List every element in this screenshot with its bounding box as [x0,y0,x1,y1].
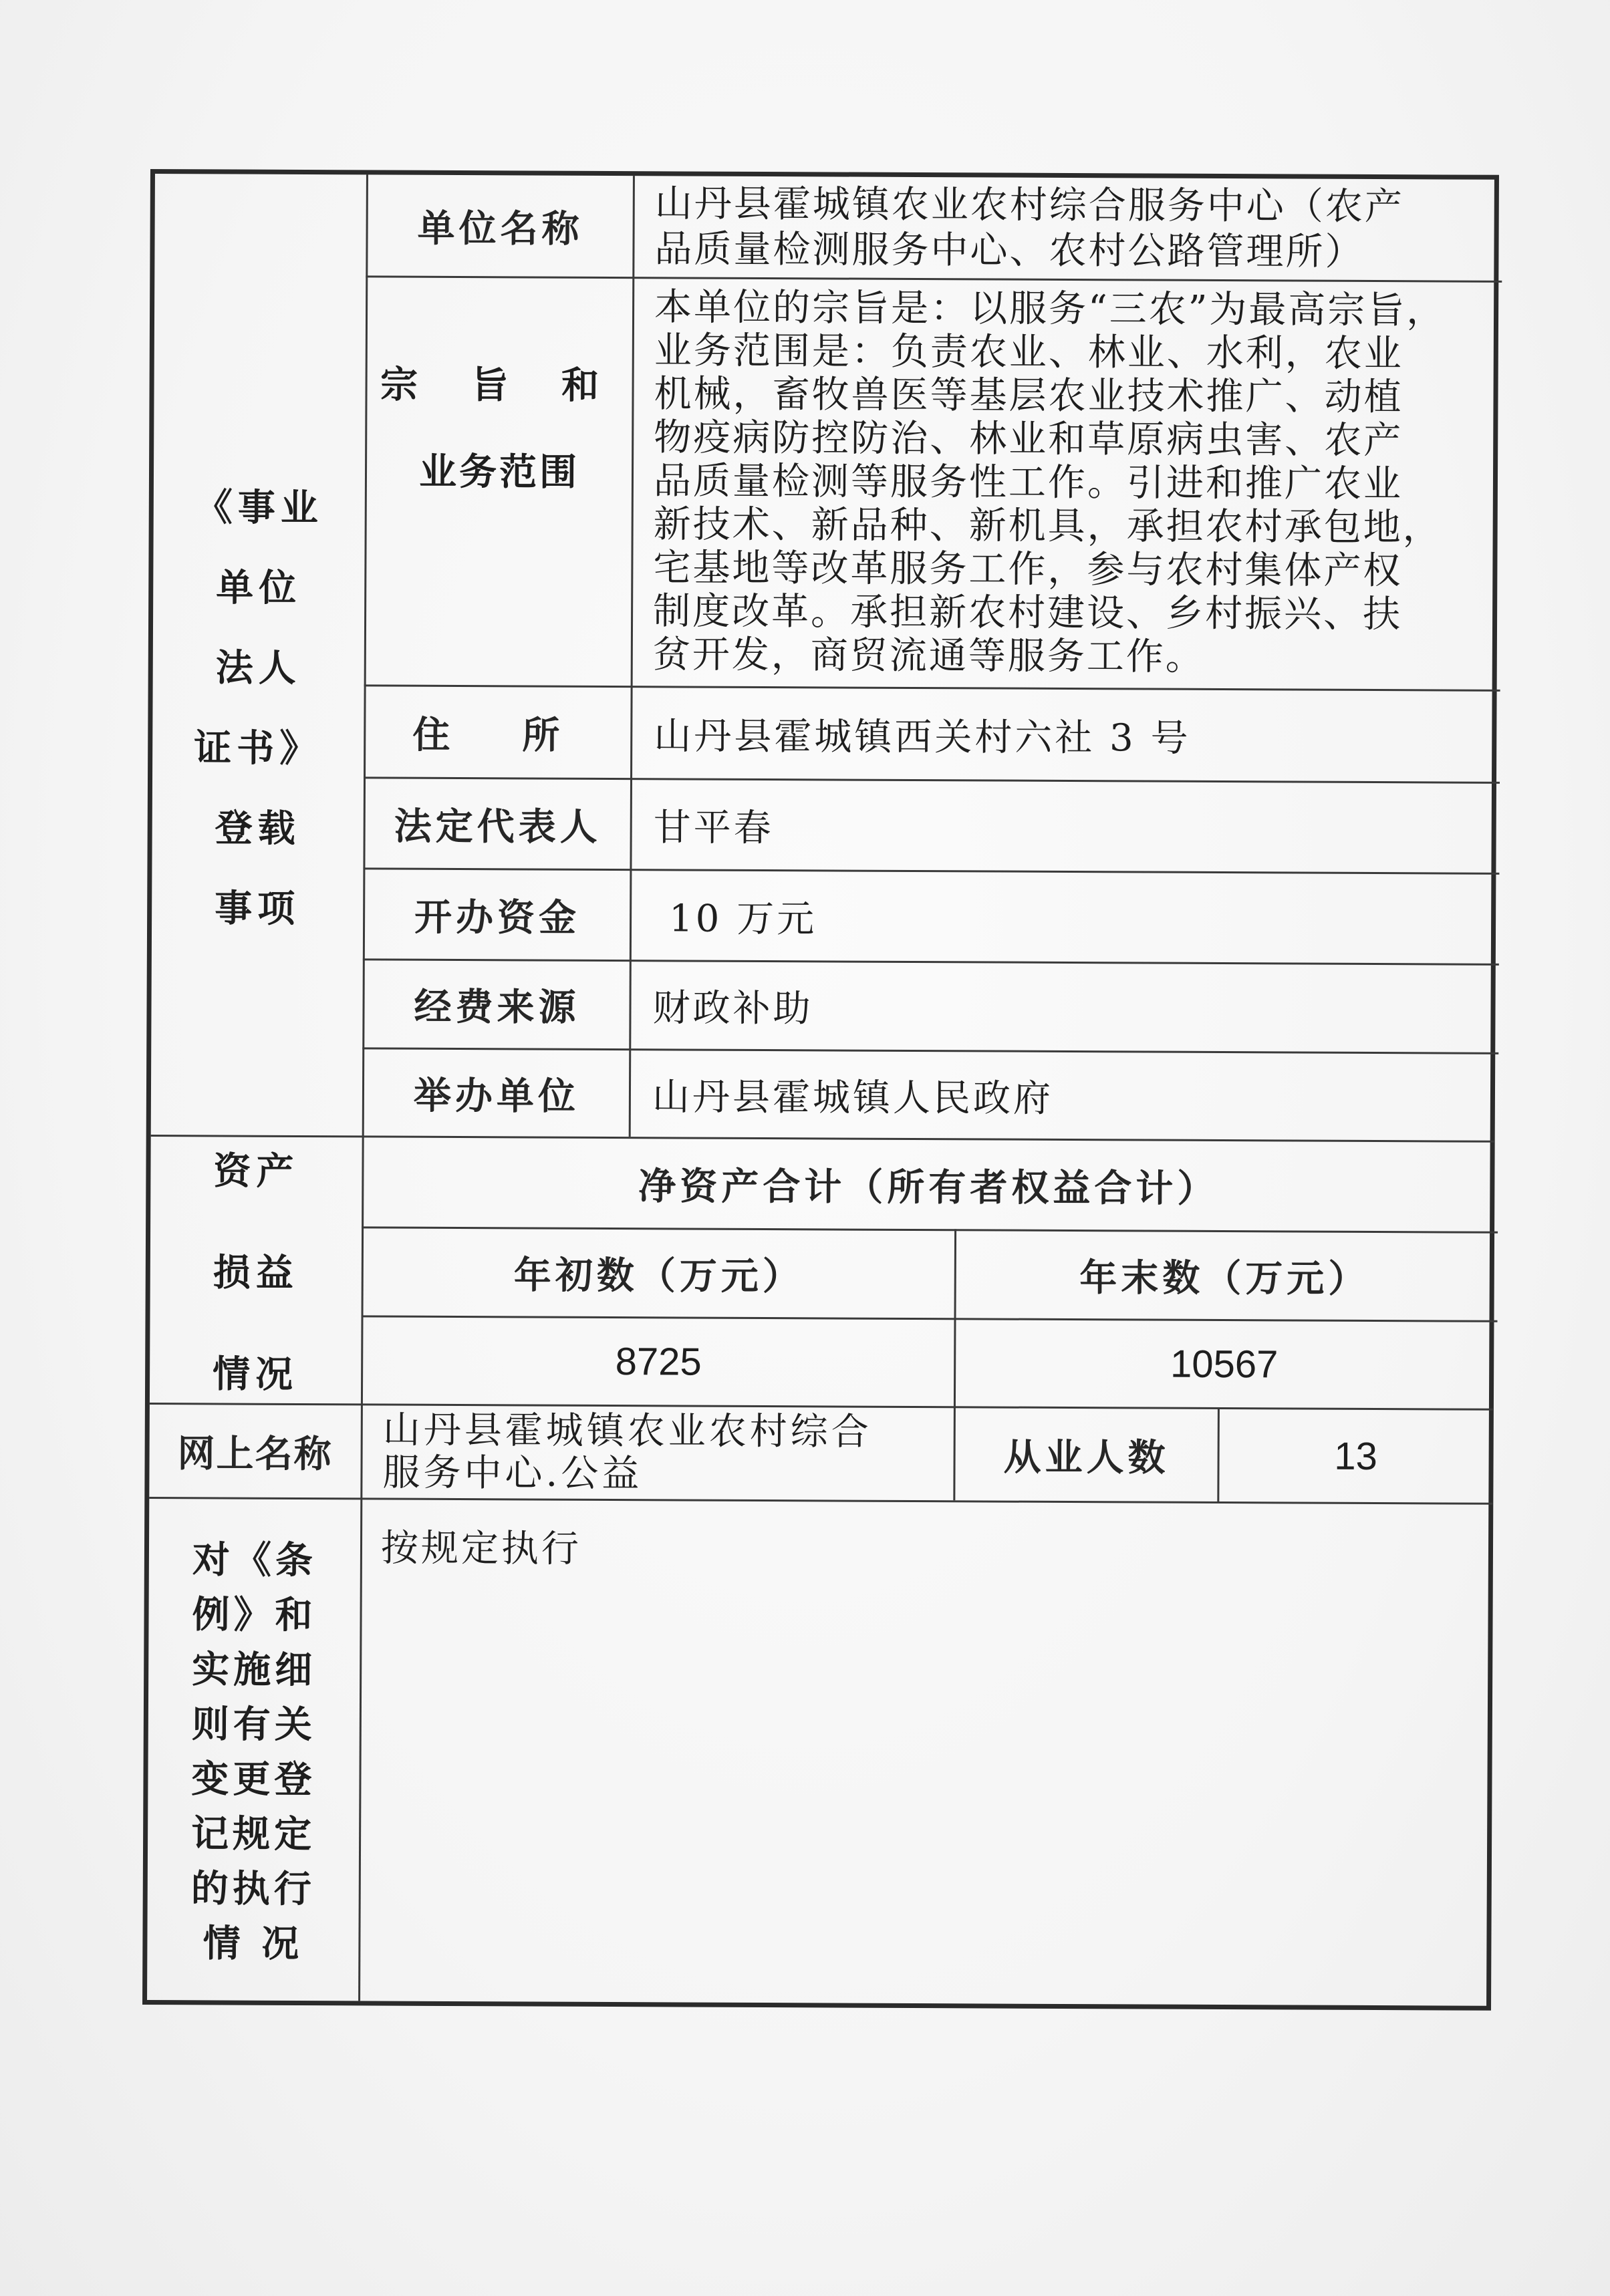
compliance-label-line: 对《条 [192,1532,317,1588]
purpose-line: 业务范围是：负责农业、林业、水利，农业 [654,329,1403,376]
section-label-line: 资产 [213,1141,299,1195]
purpose-line: 物疫病防控防治、林业和草原病虫害、农产 [654,416,1403,462]
address-label: 住 所 [366,686,631,778]
purpose-line: 本单位的宗旨是：以服务“三农”为最高宗旨， [654,285,1446,332]
compliance-label-line: 情 况 [203,1916,303,1971]
online-name-value: 山丹县霍城镇农业农村综合 服务中心.公益 [362,1405,954,1500]
purpose-line: 贫开发，商贸流通等服务工作。 [653,633,1205,679]
section-label-line: 事项 [215,879,300,933]
unit-name-label: 单位名称 [368,174,633,277]
end-year-label: 年末数（万元） [956,1231,1494,1320]
purpose-line: 制度改革。承担新农村建设、乡村振兴、扶 [653,589,1402,636]
begin-year-value: 8725 [363,1317,954,1406]
unit-name-line: 品质量检测服务中心、农村公路管理所） [654,227,1364,275]
registration-table: 《事业 单位 法人 证书》 登载 事项 单位名称 山丹县霍城镇农业农村综合服务中… [142,169,1499,2011]
funding-source-label: 经费来源 [364,960,630,1048]
compliance-label-line: 变更登 [191,1751,315,1807]
assets-section-label: 资产 损益 情况 [150,1137,362,1403]
section-label-line: 证书》 [194,718,322,772]
compliance-label-line: 则有关 [192,1697,316,1752]
sponsor-value: 山丹县霍城镇人民政府 [631,1050,1494,1141]
funding-source-value: 财政补助 [631,962,1494,1052]
address-label-left: 住 [412,705,454,758]
purpose-label-line: 业务范围 [419,428,580,515]
online-name-line: 山丹县霍城镇农业农村综合 [383,1409,872,1454]
purpose-label: 宗 旨 和 业务范围 [366,277,633,686]
online-name-label: 网上名称 [149,1405,361,1497]
registration-section-label: 《事业 单位 法人 证书》 登载 事项 [151,275,366,1135]
unit-name-value: 山丹县霍城镇农业农村综合服务中心（农产 品质量检测服务中心、农村公路管理所） [634,176,1497,281]
purpose-line: 宅基地等改革服务工作，参与农村集体产权 [653,546,1402,593]
section-label-line: 损益 [213,1243,299,1297]
capital-label: 开办资金 [365,869,630,960]
compliance-label: 对《条 例》和 实施细 则有关 变更登 记规定 的执行 情 况 [147,1499,360,2001]
purpose-line: 品质量检测等服务性工作。引进和推广农业 [654,459,1403,506]
staff-count-value: 13 [1219,1409,1492,1503]
end-year-value: 10567 [956,1320,1493,1409]
legal-rep-value: 甘平春 [632,780,1494,873]
capital-value: 10 万元 [632,871,1494,964]
online-name-line: 服务中心.公益 [382,1452,642,1496]
address-label-right: 所 [522,706,563,759]
section-label-line: 登载 [215,799,301,853]
compliance-label-line: 记规定 [191,1806,315,1862]
compliance-label-line: 实施细 [192,1642,316,1697]
section-label-line: 单位 [216,558,301,612]
address-value: 山丹县霍城镇西关村六社 3 号 [632,688,1495,782]
section-label-line: 情况 [213,1344,298,1399]
section-label-line: 《事业 [195,478,323,532]
begin-year-label: 年初数（万元） [364,1228,955,1318]
scanned-page: 《事业 单位 法人 证书》 登载 事项 单位名称 山丹县霍城镇农业农村综合服务中… [0,0,1610,2296]
unit-name-line: 山丹县霍城镇农业农村综合服务中心（农产 [655,181,1404,230]
purpose-value: 本单位的宗旨是：以服务“三农”为最高宗旨， 业务范围是：负责农业、林业、水利，农… [633,279,1497,690]
purpose-line: 机械，畜牧兽医等基层农业技术推广、动植 [654,372,1403,419]
compliance-label-line: 例》和 [192,1587,316,1642]
section-label-line: 法人 [216,638,301,692]
purpose-label-line: 宗 旨 和 [380,341,620,429]
net-assets-header: 净资产合计（所有者权益合计） [364,1137,1494,1231]
sponsor-label: 举办单位 [364,1049,630,1137]
compliance-value: 按规定执行 [360,1499,1492,2005]
purpose-line: 新技术、新品种、新机具，承担农村承包地， [654,503,1442,549]
staff-count-label: 从业人数 [955,1408,1218,1501]
compliance-label-line: 的执行 [191,1861,315,1916]
legal-rep-label: 法定代表人 [365,778,630,869]
